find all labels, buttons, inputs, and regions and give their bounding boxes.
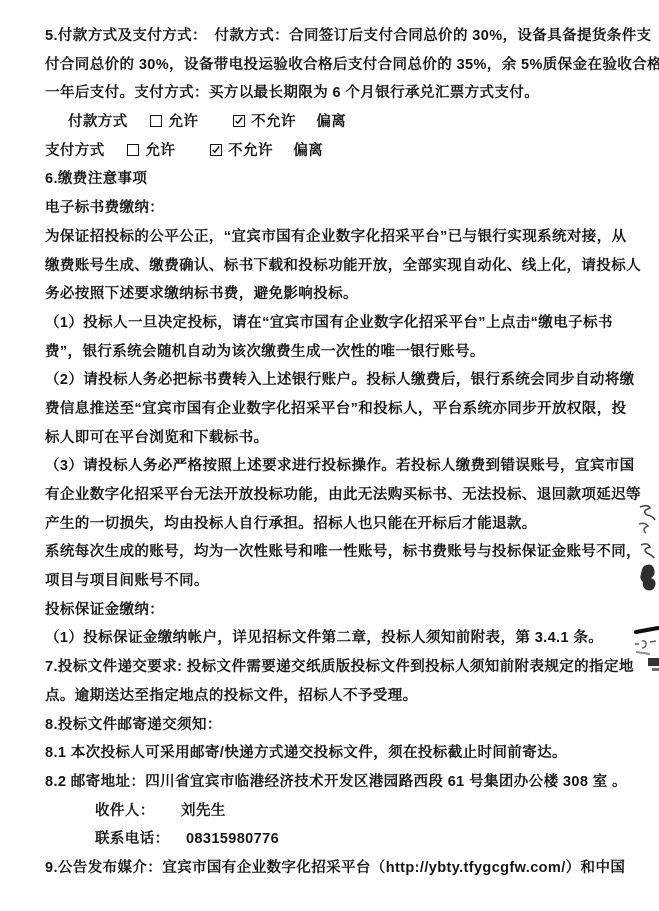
fee-item-2-line-2: 费信息推送至“宜宾市国有企业数字化招采平台”和投标人，平台系统亦同步开放权限，投 [45,395,630,424]
allow-option-label: 允许 [145,143,175,159]
fee-intro-line-1: 为保证招投标的公平公正，“宜宾市国有企业数字化招采平台”已与银行实现系统对接，从 [45,223,630,252]
row-label: 付款方式 [68,114,128,130]
fee-intro-line-3: 务必按照下述要求缴纳标书费，避免影响投标。 [45,280,630,309]
section-6-heading: 6.缴费注意事项 [45,165,630,194]
fee-item-3-line-3: 产生的一切损失，均由投标人自行承担。招标人也只能在开标后才能退款。 [45,510,630,539]
checkbox-checked-icon [210,144,222,156]
payment-terms-line-1: 5.付款方式及支付方式： 付款方式：合同签订后支付合同总价的 30%，设备具备提… [45,22,630,51]
checkbox-unchecked-icon [150,115,162,127]
checkbox-checked-icon [233,115,245,127]
document-page: 5.付款方式及支付方式： 付款方式：合同签订后支付合同总价的 30%，设备具备提… [45,22,630,883]
payment-terms-line-3: 一年后支付。支付方式：买方以最长期限为 6 个月银行承兑汇票方式支付。 [45,79,630,108]
phone-label: 联系电话： [95,831,170,847]
disallow-option-label: 不允许 [228,143,273,159]
fee-item-2-line-3: 标人即可在平台浏览和下载标书。 [45,424,630,453]
bid-bond-item-1: （1）投标保证金缴纳帐户，详见招标文件第二章，投标人须知前附表，第 3.4.1 … [45,624,630,653]
row-label: 支付方式 [45,143,105,159]
section-8-1-line: 8.1 本次投标人可采用邮寄/快递方式递交投标文件，须在投标截止时间前寄达。 [45,739,630,768]
payment-method-deviation-row: 付款方式 允许 不允许 偏离 [45,108,630,137]
bid-bond-heading: 投标保证金缴纳： [45,596,630,625]
fee-item-2-line-1: （2）请投标人务必把标书费转入上述银行账户。投标人缴费后，银行系统会同步自动将缴 [45,366,630,395]
fee-intro-line-2: 缴费账号生成、缴费确认、标书下载和投标功能开放，全部实现自动化、线上化，请投标人 [45,252,630,281]
section-7-line-1: 7.投标文件递交要求: 投标文件需要递交纸质版投标文件到投标人须知前附表规定的指… [45,653,630,682]
section-7-line-2: 点。逾期送达至指定地点的投标文件，招标人不予受理。 [45,682,630,711]
allow-option-label: 允许 [168,114,198,130]
phone-line: 联系电话： 08315980776 [45,825,630,854]
deviation-label: 偏离 [316,114,346,130]
fee-item-1-line-2: 费”，银行系统会随机自动为该次缴费生成一次性的唯一银行账号。 [45,338,630,367]
section-9-line-1: 9.公告发布媒介：宜宾市国有企业数字化招采平台（http://ybty.tfyg… [45,854,630,883]
recipient-line: 收件人： 刘先生 [45,797,630,826]
fee-item-3-line-1: （3）请投标人务必严格按照上述要求进行投标操作。若投标人缴费到错误账号，宜宾市国 [45,452,630,481]
fee-item-3-line-2: 有企业数字化招采平台无法开放投标功能，由此无法购买标书、无法投标、退回款项延迟等 [45,481,630,510]
disallow-option-label: 不允许 [251,114,296,130]
recipient-label: 收件人： [95,803,155,819]
section-8-2-address-line: 8.2 邮寄地址：四川省宜宾市临港经济技术开发区港园路西段 61 号集团办公楼 … [45,768,630,797]
deviation-label: 偏离 [293,143,323,159]
ebid-fee-heading: 电子标书费缴纳： [45,194,630,223]
recipient-name: 刘先生 [181,803,226,819]
payment-terms-line-2: 付合同总价的 30%，设备带电投运验收合格后支付合同总价的 35%，余 5%质保… [45,51,630,80]
section-8-heading: 8.投标文件邮寄递交须知： [45,711,630,740]
fee-item-1-line-1: （1）投标人一旦决定投标，请在“宜宾市国有企业数字化招采平台”上点击“缴电子标书 [45,309,630,338]
pay-form-deviation-row: 支付方式 允许 不允许 偏离 [45,137,630,166]
phone-number: 08315980776 [186,831,279,847]
account-note-line-1: 系统每次生成的账号，均为一次性账号和唯一性账号，标书费账号与投标保证金账号不同， [45,538,630,567]
account-note-line-2: 项目与项目间账号不同。 [45,567,630,596]
checkbox-unchecked-icon [127,144,139,156]
